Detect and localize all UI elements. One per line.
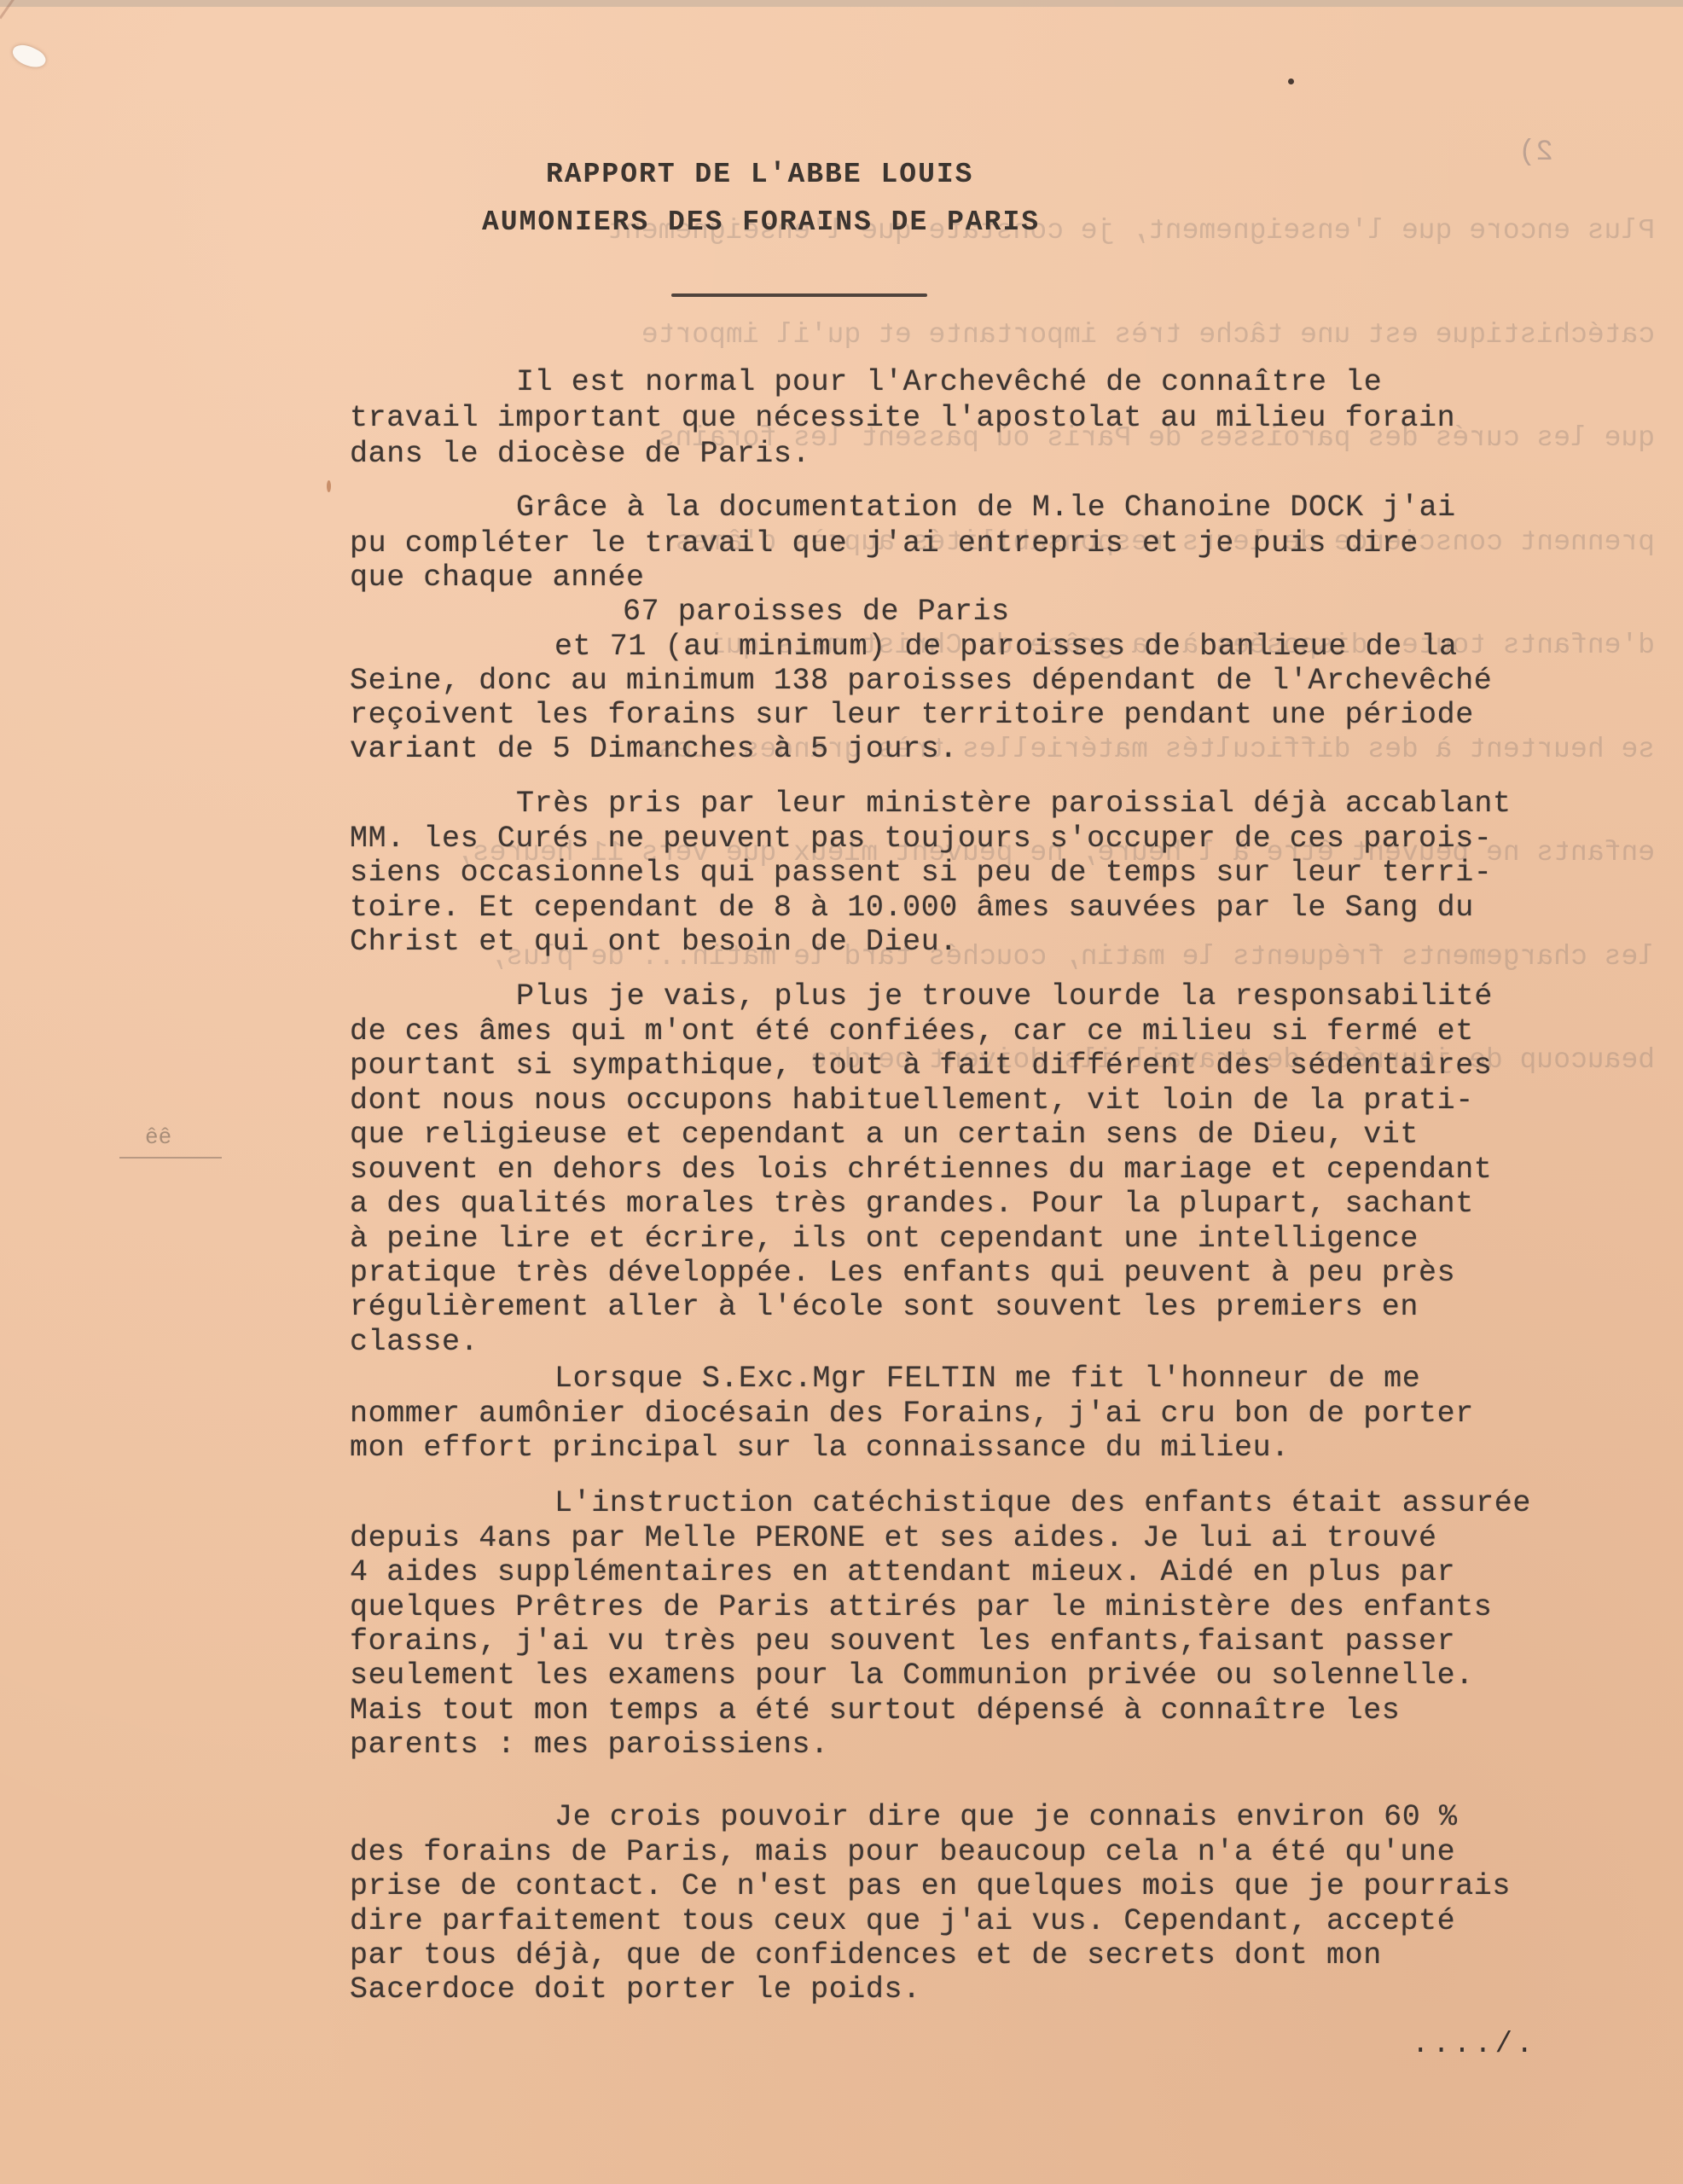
text-line: par tous déjà, que de confidences et de … xyxy=(350,1938,1382,1972)
text-line: 4 aides supplémentaires en attendant mie… xyxy=(350,1555,1455,1589)
text-line: classe. xyxy=(350,1325,479,1359)
bleed-line: catéchistique est une tâche très importa… xyxy=(51,318,1655,353)
text-line: souvent en dehors des lois chrétiennes d… xyxy=(350,1153,1492,1187)
paper-tear-mark xyxy=(9,41,49,73)
title-underline xyxy=(671,293,927,297)
text-line: et 71 (au minimum) de paroisses de banli… xyxy=(554,630,1458,664)
text-line: Lorsque S.Exc.Mgr FELTIN me fit l'honneu… xyxy=(554,1362,1420,1396)
document-title-line-2: AUMONIERS DES FORAINS DE PARIS xyxy=(482,206,1040,238)
text-line: depuis 4ans par Melle PERONE et ses aide… xyxy=(350,1521,1437,1555)
text-line: que chaque année xyxy=(350,561,645,595)
text-line: pratique très développée. Les enfants qu… xyxy=(350,1256,1455,1290)
text-line: travail important que nécessite l'aposto… xyxy=(350,401,1455,435)
text-line: Grâce à la documentation de M.le Chanoin… xyxy=(516,491,1456,525)
text-line: toire. Et cependant de 8 à 10.000 âmes s… xyxy=(350,891,1474,925)
text-line: MM. les Curés ne peuvent pas toujours s'… xyxy=(350,822,1492,856)
text-line: à peine lire et écrire, ils ont cependan… xyxy=(350,1222,1419,1256)
text-line: que religieuse et cependant a un certain… xyxy=(350,1118,1419,1152)
text-line: Je crois pouvoir dire que je connais env… xyxy=(554,1800,1458,1834)
page-continuation-mark: ..../. xyxy=(1412,2029,1536,2061)
text-line: quelques Prêtres de Paris attirés par le… xyxy=(350,1590,1492,1624)
text-line: dire parfaitement tous ceux que j'ai vus… xyxy=(350,1904,1455,1938)
text-line: seulement les examens pour la Communion … xyxy=(350,1658,1474,1693)
text-line: parents : mes paroissiens. xyxy=(350,1728,829,1762)
text-line: Très pris par leur ministère paroissial … xyxy=(516,787,1512,821)
text-line: variant de 5 Dimanches à 5 jours. xyxy=(350,732,958,766)
document-title-line-1: RAPPORT DE L'ABBE LOUIS xyxy=(546,159,973,190)
text-line: a des qualités morales très grandes. Pou… xyxy=(350,1187,1474,1221)
text-line: mon effort principal sur la connaissance… xyxy=(350,1431,1290,1465)
text-line: prise de contact. Ce n'est pas en quelqu… xyxy=(350,1869,1511,1903)
text-line: dont nous nous occupons habituellement, … xyxy=(350,1083,1474,1118)
text-line: Il est normal pour l'Archevêché de conna… xyxy=(516,365,1382,399)
text-line: pu compléter le travail que j'ai entrepr… xyxy=(350,526,1419,561)
text-line: Seine, donc au minimum 138 paroisses dép… xyxy=(350,664,1492,698)
text-line: régulièrement aller à l'école sont souve… xyxy=(350,1290,1419,1324)
text-line: Christ et qui ont besoin de Dieu. xyxy=(350,925,958,959)
text-line: nommer aumônier diocésain des Forains, j… xyxy=(350,1397,1474,1431)
text-line: dans le diocèse de Paris. xyxy=(350,437,810,471)
text-line: 67 paroisses de Paris xyxy=(623,595,1010,629)
text-line: Sacerdoce doit porter le poids. xyxy=(350,1972,921,2007)
paper-top-edge xyxy=(0,0,1683,7)
text-line: de ces âmes qui m'ont été confiées, car … xyxy=(350,1014,1474,1048)
text-line: forains, j'ai vu très peu souvent les en… xyxy=(350,1624,1455,1658)
margin-annotation: êê xyxy=(145,1124,171,1150)
text-line: siens occasionnels qui passent si peu de… xyxy=(350,856,1492,890)
margin-annotation-underline xyxy=(119,1157,222,1159)
text-line: des forains de Paris, mais pour beaucoup… xyxy=(350,1835,1455,1869)
bleed-through-text: Plus encore que l'enseignement, je const… xyxy=(51,145,1655,1112)
ink-speck xyxy=(1288,78,1294,84)
text-line: L'instruction catéchistique des enfants … xyxy=(554,1486,1531,1520)
text-line: Plus je vais, plus je trouve lourde la r… xyxy=(516,979,1493,1014)
text-line: reçoivent les forains sur leur territoir… xyxy=(350,698,1474,732)
text-line: Mais tout mon temps a été surtout dépens… xyxy=(350,1693,1400,1728)
text-line: pourtant si sympathique, tout à fait dif… xyxy=(350,1048,1492,1083)
